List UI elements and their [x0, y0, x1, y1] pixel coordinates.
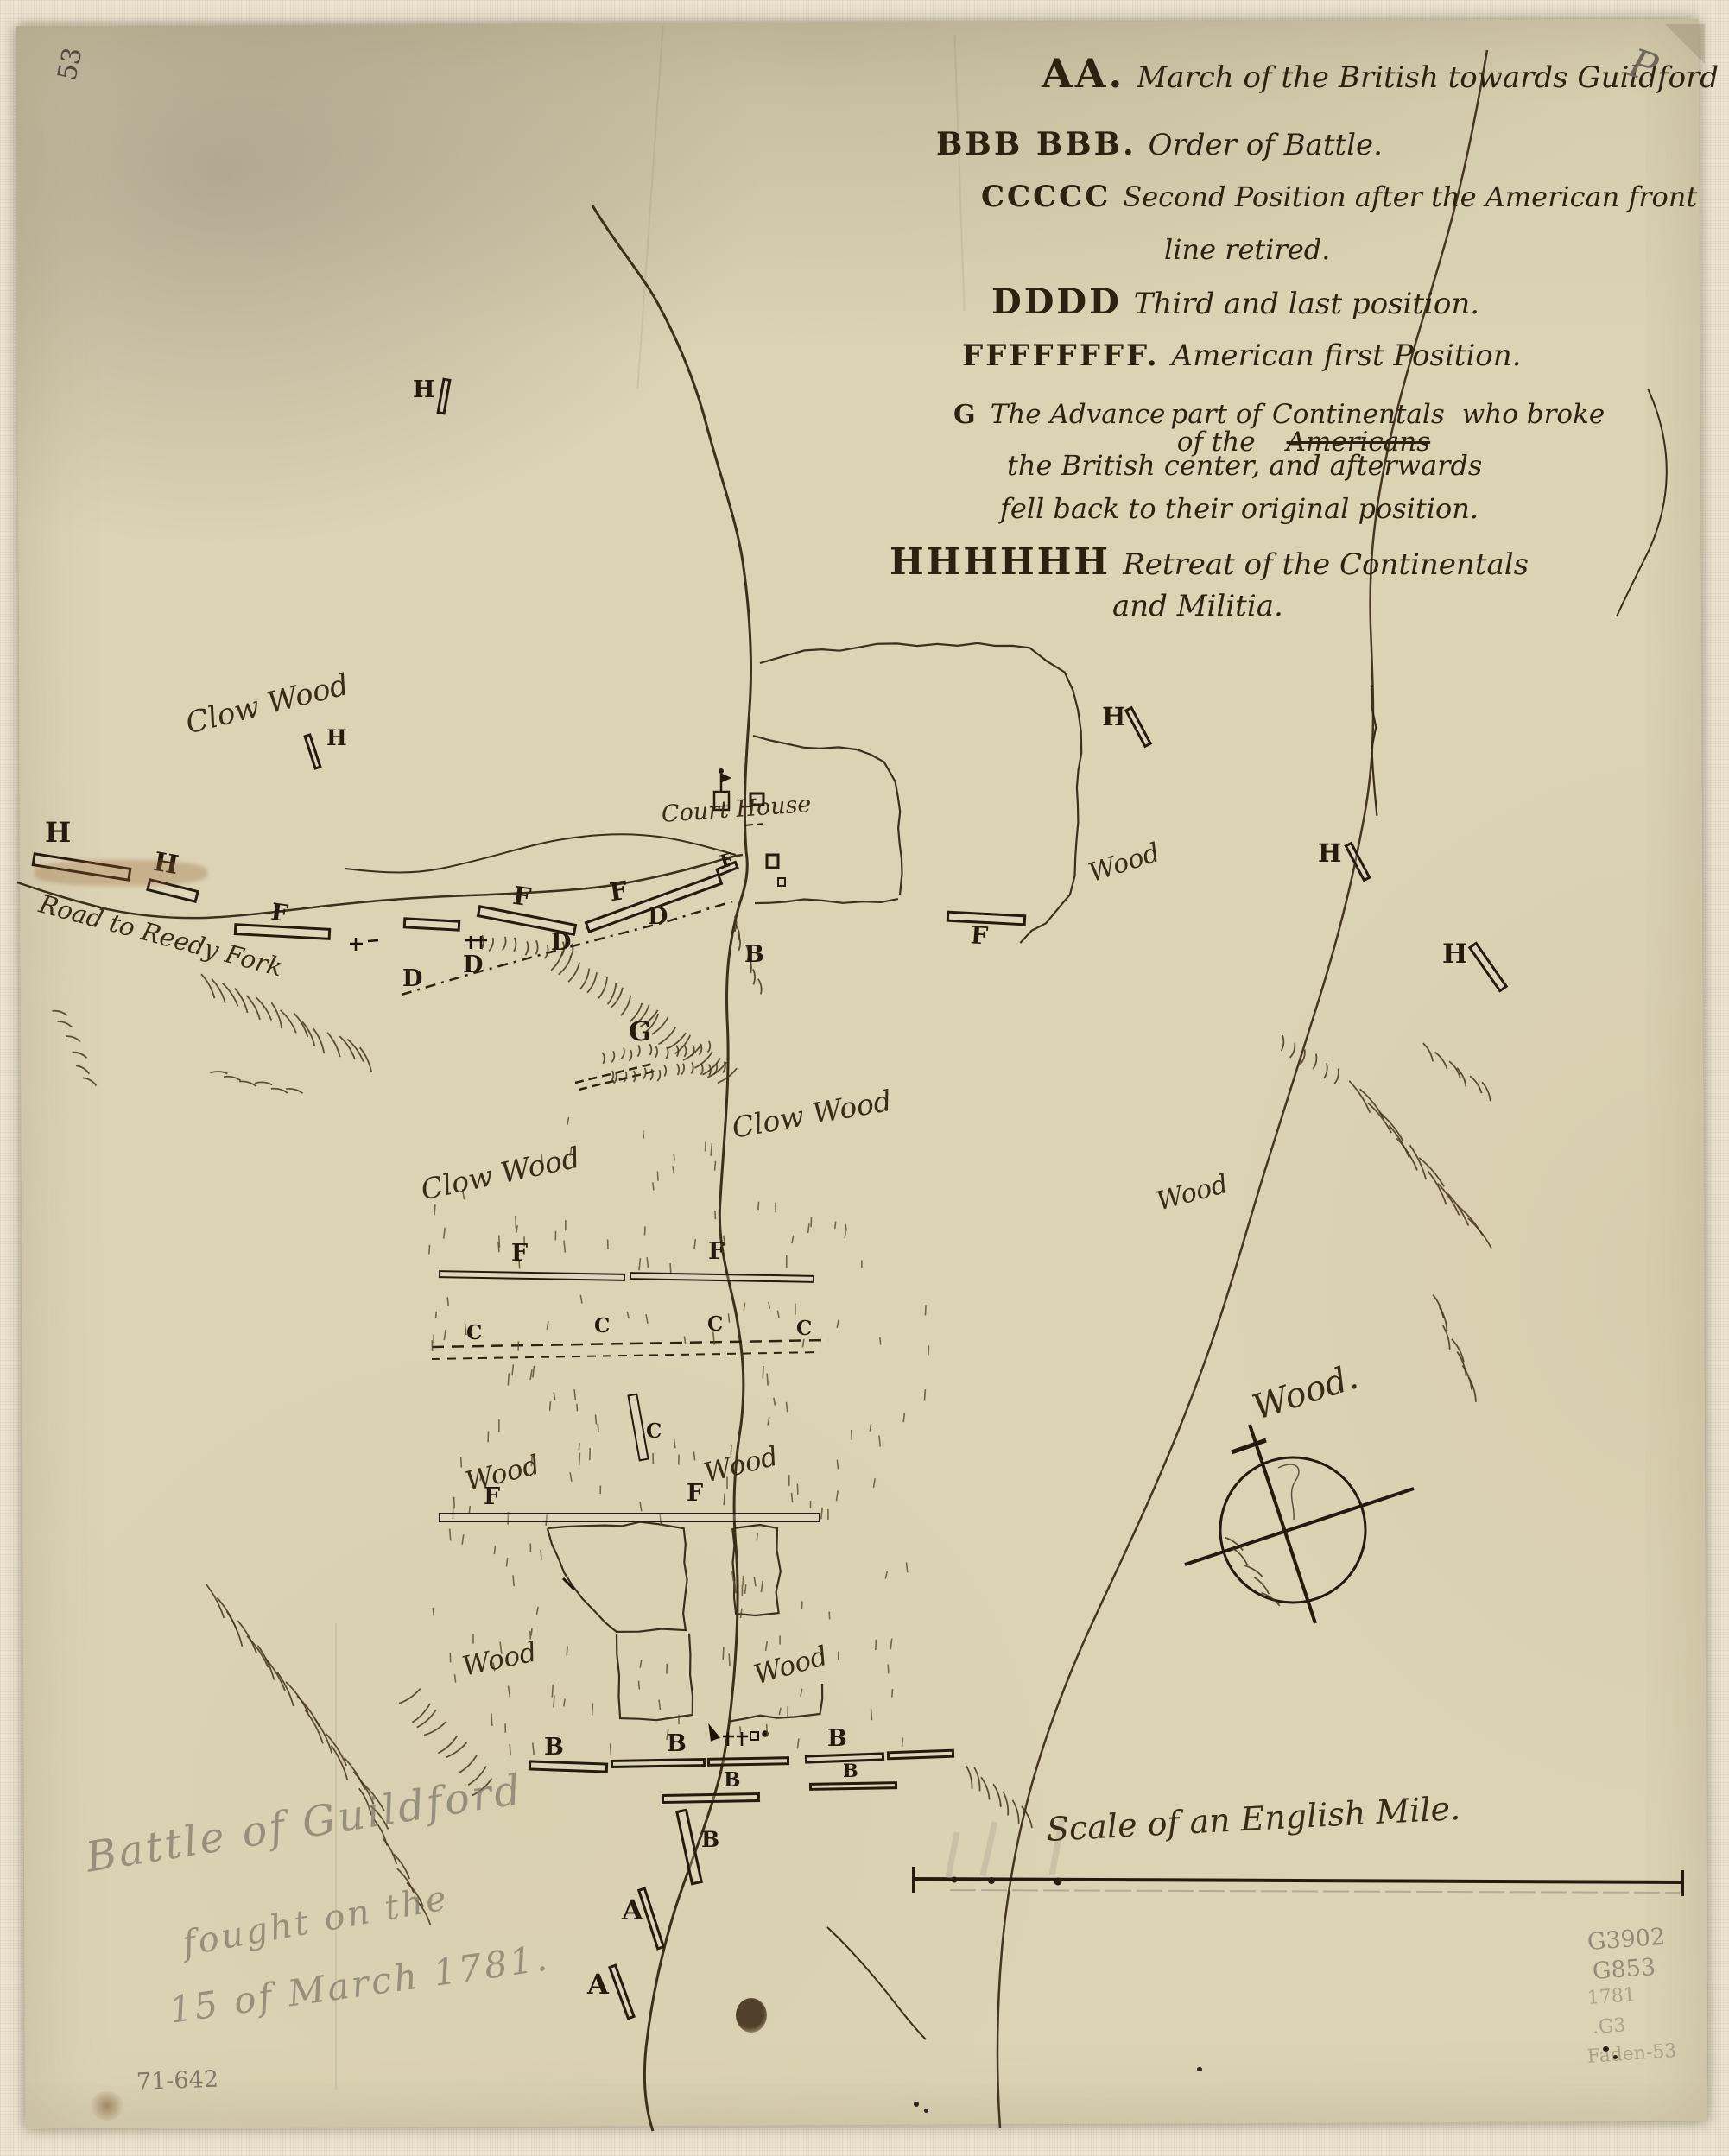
paper-toning [16, 19, 1708, 2128]
corner-fold [1665, 24, 1705, 64]
manuscript-map-page: { "document": { "kind": "Hand-drawn batt… [0, 0, 1729, 2156]
map-sheet [16, 19, 1708, 2128]
